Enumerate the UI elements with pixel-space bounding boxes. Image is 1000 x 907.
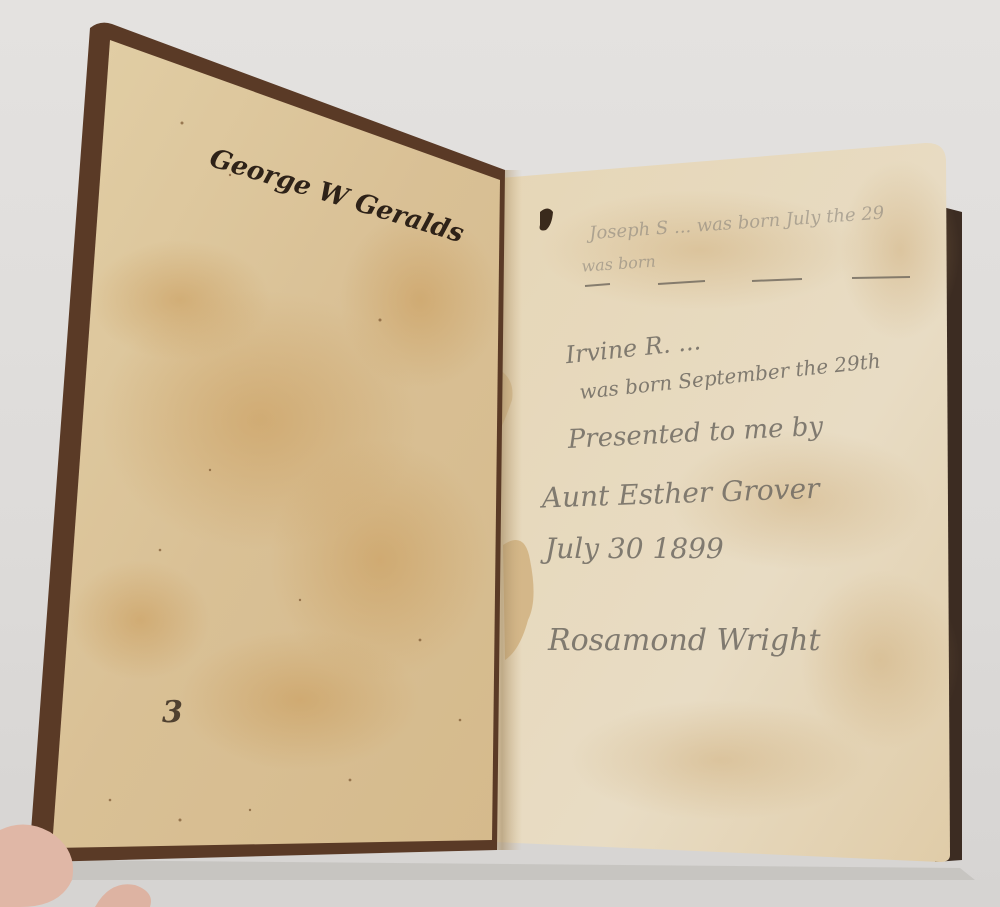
- book-shadow: [60, 860, 975, 880]
- book-photo: George W Geralds 3 Joseph S ... was born…: [0, 0, 1000, 907]
- presentation-date: July 30 1899: [540, 532, 724, 565]
- owner-signature: Rosamond Wright: [547, 623, 821, 658]
- page-number-mark: 3: [162, 695, 183, 730]
